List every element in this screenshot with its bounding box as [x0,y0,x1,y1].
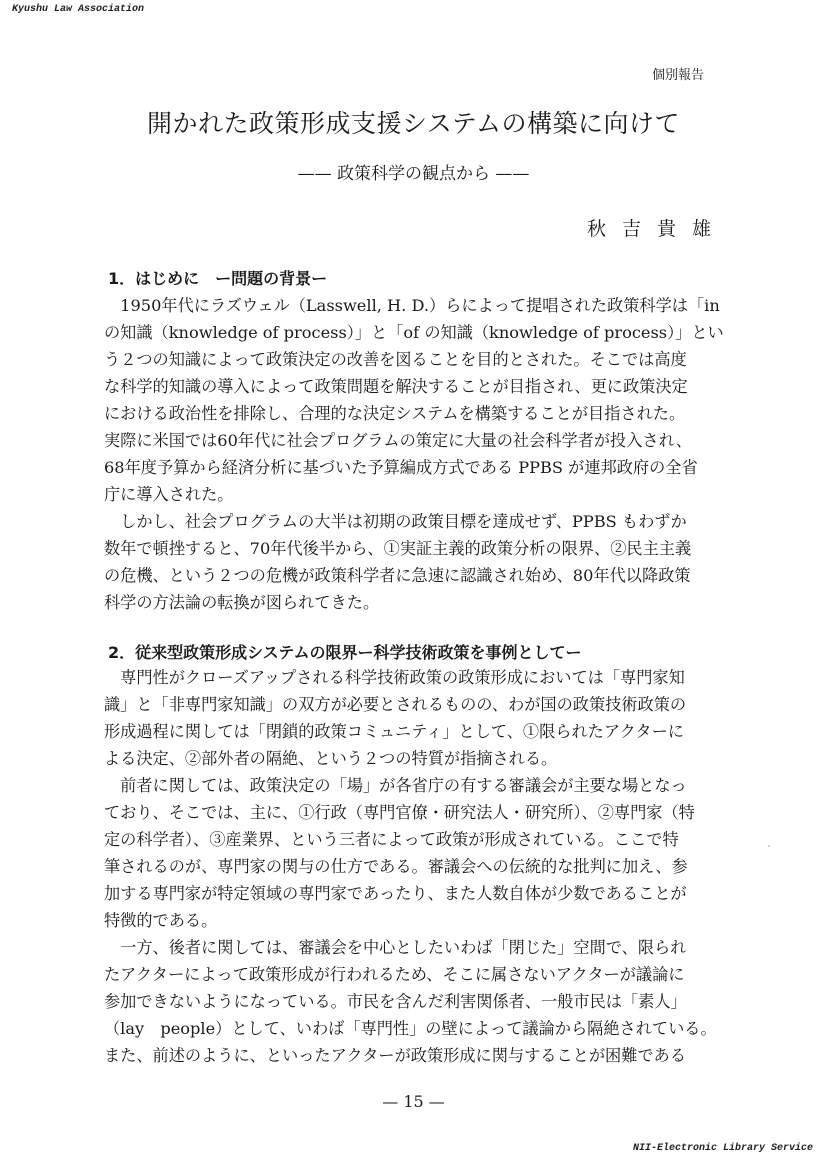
text-line: 数年で頓挫すると、70年代後半から、①実証主義的政策分析の限界、②民主主義 [104,535,724,562]
category-label: 個別報告 [652,64,704,83]
text-line: における政治性を排除し、合理的な決定システムを構築することが目指された。 [104,400,724,427]
text-line: 前者に関しては、政策決定の「場」が各省庁の有する審議会が主要な場となっ [104,772,724,799]
text-line: しかし、社会プログラムの大半は初期の政策目標を達成せず、PPBS もわずか [104,508,724,535]
text-line: ており、そこでは、主に、①行政（専門官僚・研究法人・研究所）、②専門家（特 [104,799,724,826]
paper-title: 開かれた政策形成支援システムの構築に向けて [0,104,827,140]
text-line: な科学的知識の導入によって政策問題を解決することが目指され、更に政策決定 [104,373,724,400]
text-line: 筆されるのが、専門家の関与の仕方である。審議会への伝統的な批判に加え、参 [104,853,724,880]
section-2-paragraph-3: 一方、後者に関しては、審議会を中心としたいわば「閉じた」空間で、限られ たアクタ… [104,934,724,1069]
text-line: 識」と「非専門家知識」の双方が必要とされるものの、わが国の政策技術政策の [104,691,724,718]
page-number: — 15 — [0,1092,827,1111]
text-line: よる決定、②部外者の隔絶、という２つの特質が指摘される。 [104,745,724,772]
text-line: （lay people）として、いわば「専門性」の壁によって議論から隔絶されてい… [104,1015,724,1042]
text-line: 加する専門家が特定領域の専門家であったり、また人数自体が少数であることが [104,880,724,907]
text-line: 68年度予算から経済分析に基づいた予算編成方式である PPBS が連邦政府の全省 [104,454,724,481]
section-1-paragraph-2: しかし、社会プログラムの大半は初期の政策目標を達成せず、PPBS もわずか 数年… [104,508,724,616]
text-line: の危機、という２つの危機が政策科学者に急速に認識され始め、80年代以降政策 [104,562,724,589]
text-line: 実際に米国では60年代に社会プログラムの策定に大量の社会科学者が投入され、 [104,427,724,454]
footer-watermark: NII-Electronic Library Service [633,1143,813,1154]
text-line: 1950年代にラズウェル（Lasswell, H. D.）らによって提唱された政… [104,292,724,319]
author-name: 秋吉貴雄 [587,214,727,241]
text-line: 専門性がクローズアップされる科学技術政策の政策形成においては「専門家知 [104,664,724,691]
scan-artifact [768,845,770,847]
section-1-heading: 1．はじめに ー問題の背景ー [108,266,327,289]
text-line: 定の科学者）、③産業界、という三者によって政策が形成されている。ここで特 [104,826,724,853]
text-line: の知識（knowledge of process）」と「of の知識（knowl… [104,319,724,346]
section-2-paragraph-2: 前者に関しては、政策決定の「場」が各省庁の有する審議会が主要な場となっ ており、… [104,772,724,934]
paper-subtitle: —— 政策科学の観点から —— [0,159,827,184]
text-line: 庁に導入された。 [104,481,724,508]
header-watermark: Kyushu Law Association [12,4,144,15]
section-2-paragraph-1: 専門性がクローズアップされる科学技術政策の政策形成においては「専門家知 識」と「… [104,664,724,772]
text-line: 科学の方法論の転換が図られてきた。 [104,589,724,616]
text-line: 特徴的である。 [104,907,724,934]
text-line: 参加できないようになっている。市民を含んだ利害関係者、一般市民は「素人」 [104,988,724,1015]
text-line: たアクターによって政策形成が行われるため、そこに属さないアクターが議論に [104,961,724,988]
text-line: う２つの知識によって政策決定の改善を図ることを目的とされた。そこでは高度 [104,346,724,373]
section-2-heading: 2．従来型政策形成システムの限界ー科学技術政策を事例としてー [108,640,582,663]
text-line: また、前述のように、といったアクターが政策形成に関与することが困難である [104,1042,724,1069]
text-line: 一方、後者に関しては、審議会を中心としたいわば「閉じた」空間で、限られ [104,934,724,961]
text-line: 形成過程に関しては「閉鎖的政策コミュニティ」として、①限られたアクターに [104,718,724,745]
section-1-paragraph-1: 1950年代にラズウェル（Lasswell, H. D.）らによって提唱された政… [104,292,724,508]
